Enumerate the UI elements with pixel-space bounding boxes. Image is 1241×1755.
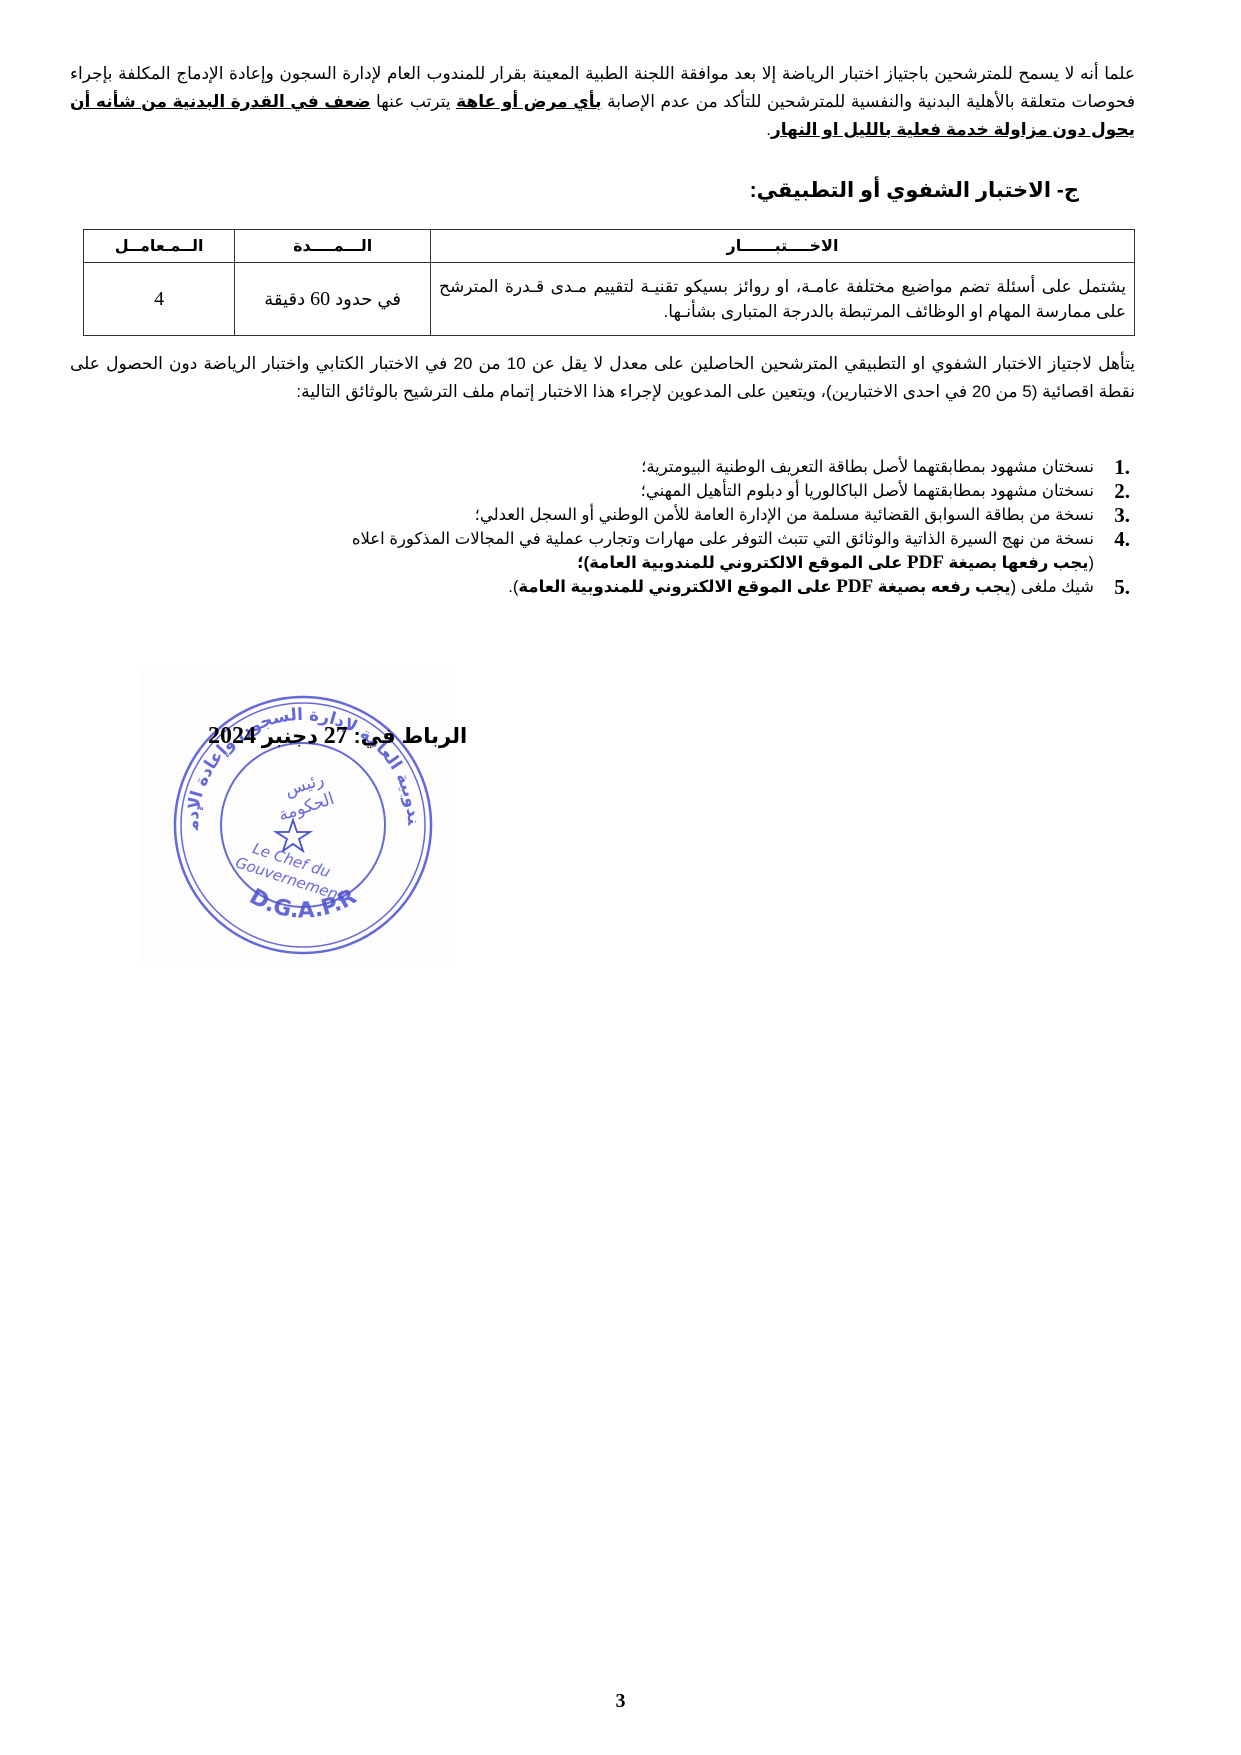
date-month: دجنبر — [256, 725, 324, 748]
list-item: 1. نسختان مشهود بمطابقتهما لأصل بطاقة ال… — [130, 455, 1130, 479]
required-documents-list: 1. نسختان مشهود بمطابقتهما لأصل بطاقة ال… — [130, 455, 1130, 599]
pdf-format-label: PDF — [836, 576, 873, 597]
document-page: علما أنه لا يسمح للمترشحين باجتياز اختبا… — [0, 0, 1241, 1755]
section-heading: ج- الاختبار الشفوي أو التطبيقي: — [750, 178, 1079, 203]
header-duration: الـــمــــدة — [235, 230, 431, 263]
list-item-text: شيك ملغى ( — [1011, 578, 1094, 596]
list-item-end: ). — [508, 578, 518, 596]
list-item-text: نسختان مشهود بمطابقتهما لأصل الباكالوريا… — [641, 482, 1094, 500]
list-index: 1. — [1114, 455, 1130, 479]
date-day: 27 — [324, 723, 348, 749]
eligibility-paragraph: يتأهل لاجتياز الاختبار الشفوي او التطبيق… — [70, 350, 1135, 406]
page-number: 3 — [0, 1690, 1241, 1713]
list-item-text: نسخة من نهج السيرة الذاتية والوثائق التي… — [352, 530, 1094, 548]
upload-note-a: يجب رفعها بصيغة — [944, 554, 1089, 572]
upload-note-b: على الموقع الالكتروني للمندوبية العامة)؛ — [577, 554, 907, 572]
list-item-text: نسختان مشهود بمطابقتهما لأصل بطاقة التعر… — [641, 458, 1094, 476]
cell-test-description: يشتمل على أسئلة تضم مواضيع مختلفة عامـة،… — [431, 263, 1135, 336]
cell-duration: في حدود 60 دقيقة — [235, 263, 431, 336]
duration-value: 60 — [310, 288, 330, 310]
upload-note-open: ( — [1089, 554, 1095, 572]
intro-emphasis-illness: بأي مرض أو عاهة — [456, 92, 601, 111]
date-year: 2024 — [208, 723, 256, 749]
cell-coefficient: 4 — [84, 263, 235, 336]
upload-note-a: يجب رفعه بصيغة — [873, 578, 1010, 596]
duration-prefix: في حدود — [330, 289, 401, 309]
signature-date: الرباط في: 27 دجنبر 2024 — [208, 723, 467, 750]
list-item: 2. نسختان مشهود بمطابقتهما لأصل الباكالو… — [130, 479, 1130, 503]
list-index: 4. — [1114, 527, 1130, 551]
table-header-row: الاخــــتبــــــار الـــمــــدة الــمـعا… — [84, 230, 1135, 263]
table-row: يشتمل على أسئلة تضم مواضيع مختلفة عامـة،… — [84, 263, 1135, 336]
header-coefficient: الــمـعامــل — [84, 230, 235, 263]
list-item: 3. نسخة من بطاقة السوابق القضائية مسلمة … — [130, 503, 1130, 527]
list-index: 3. — [1114, 503, 1130, 527]
list-item: 4. نسخة من نهج السيرة الذاتية والوثائق ا… — [130, 527, 1130, 575]
intro-text-2: يترتب عنها — [371, 92, 457, 111]
list-item: 5. شيك ملغى (يجب رفعه بصيغة PDF على المو… — [130, 575, 1130, 599]
duration-suffix: دقيقة — [264, 289, 310, 309]
oral-exam-table: الاخــــتبــــــار الـــمــــدة الــمـعا… — [83, 229, 1135, 336]
list-index: 5. — [1114, 575, 1130, 599]
list-index: 2. — [1114, 479, 1130, 503]
header-test: الاخــــتبــــــار — [431, 230, 1135, 263]
list-item-text: نسخة من بطاقة السوابق القضائية مسلمة من … — [475, 506, 1094, 524]
pdf-format-label: PDF — [907, 552, 944, 573]
date-place: الرباط في: — [348, 725, 467, 748]
upload-note-b: على الموقع الالكتروني للمندوبية العامة — [518, 578, 836, 596]
medical-approval-paragraph: علما أنه لا يسمح للمترشحين باجتياز اختبا… — [70, 60, 1135, 144]
